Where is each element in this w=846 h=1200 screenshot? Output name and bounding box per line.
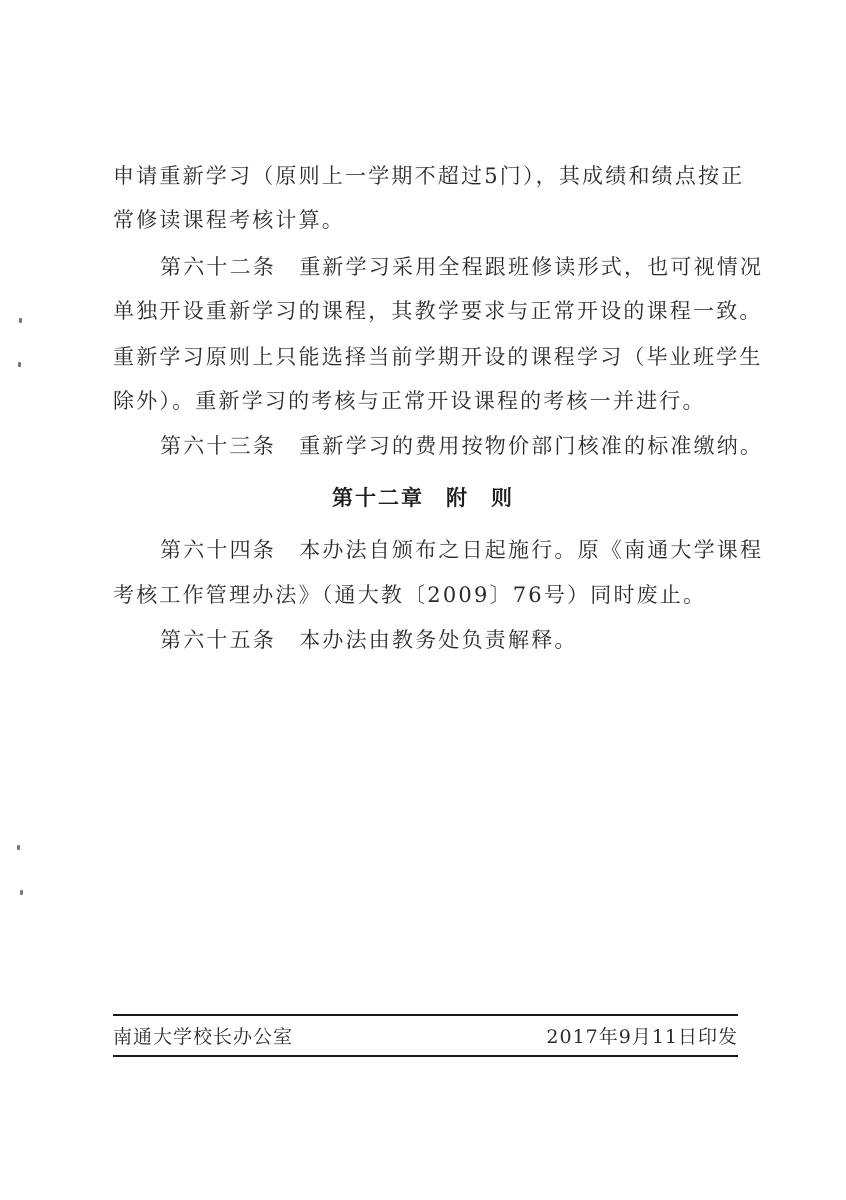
body-line: 除外）。重新学习的考核与正常开设课程的考核一并进行。 xyxy=(113,387,739,415)
scan-speck xyxy=(18,362,21,367)
footer-top-rule xyxy=(113,1014,738,1016)
footer-issue-date: 2017年9月11日印发 xyxy=(546,1024,738,1050)
body-line: 考核工作管理办法》（通大教〔2009〕76号）同时废止。 xyxy=(113,581,739,609)
footer-bottom-rule xyxy=(113,1055,738,1057)
article-62-line: 第六十二条 重新学习采用全程跟班修读形式，也可视情况 xyxy=(160,253,739,281)
chapter-number: 第十二章 xyxy=(332,486,424,510)
body-line: 常修读课程考核计算。 xyxy=(113,206,739,234)
scan-speck xyxy=(17,845,20,850)
article-64-line: 第六十四条 本办法自颁布之日起施行。原《南通大学课程 xyxy=(160,536,739,564)
article-63-line: 第六十三条 重新学习的费用按物价部门核准的标准缴纳。 xyxy=(160,432,739,460)
article-65-line: 第六十五条 本办法由教务处负责解释。 xyxy=(160,626,739,654)
body-line: 重新学习原则上只能选择当前学期开设的课程学习（毕业班学生 xyxy=(113,343,739,371)
body-line: 申请重新学习（原则上一学期不超过5门），其成绩和绩点按正 xyxy=(113,162,739,190)
body-line: 单独开设重新学习的课程，其教学要求与正常开设的课程一致。 xyxy=(113,297,739,325)
chapter-heading: 第十二章附则 xyxy=(0,482,846,512)
chapter-title-part2: 则 xyxy=(491,486,514,510)
document-page: 申请重新学习（原则上一学期不超过5门），其成绩和绩点按正 常修读课程考核计算。 … xyxy=(0,0,846,1200)
footer-issuer: 南通大学校长办公室 xyxy=(113,1024,293,1050)
chapter-title-part1: 附 xyxy=(446,486,469,510)
scan-speck xyxy=(20,890,23,895)
scan-speck xyxy=(19,318,22,323)
